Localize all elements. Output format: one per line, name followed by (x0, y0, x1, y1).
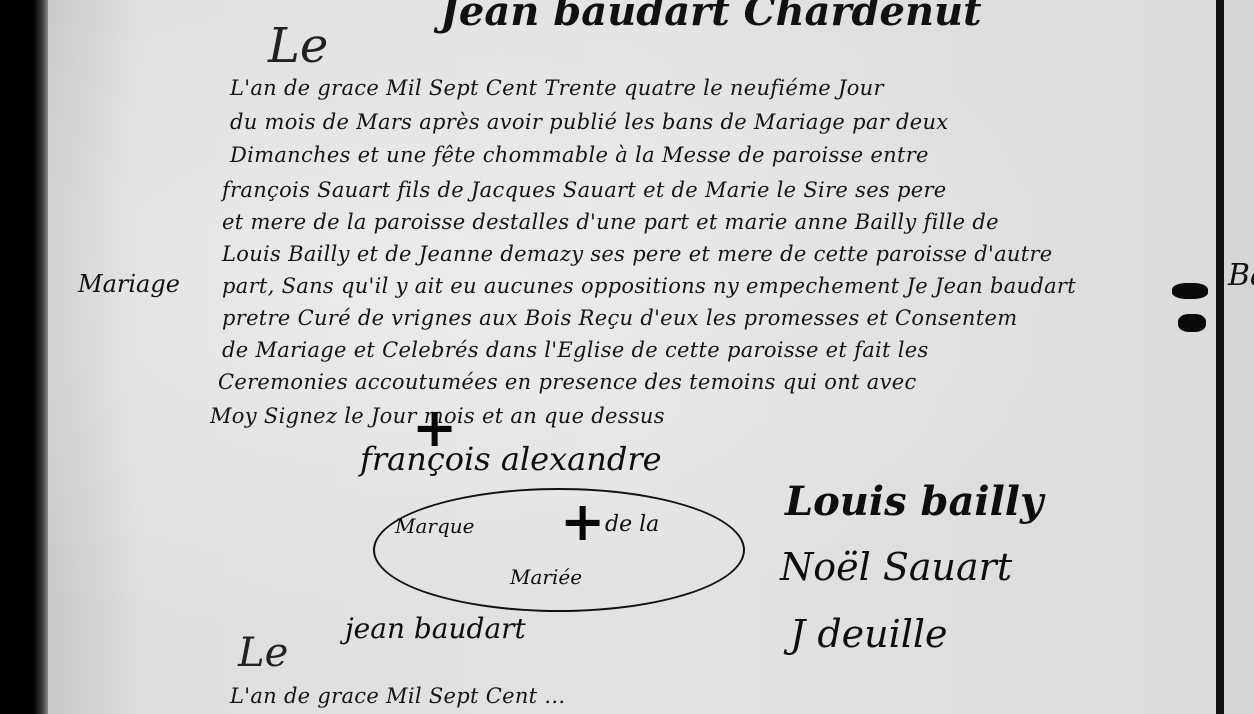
bride-mark-oval (373, 488, 745, 612)
next-entry-marker: Le (238, 630, 288, 676)
bride-mark-label-left: Marque (395, 514, 474, 538)
body-line-1: L'an de grace Mil Sept Cent Trente quatr… (230, 76, 884, 100)
bride-mark-label-bottom: Mariée (510, 565, 582, 589)
body-line-8: pretre Curé de vrignes aux Bois Reçu d'e… (222, 306, 1017, 330)
next-entry-first-line: L'an de grace Mil Sept Cent ... (230, 684, 565, 708)
book-binding-shadow (0, 0, 48, 714)
witness-signature-deuille: J deuille (790, 612, 948, 656)
page-gutter (1216, 0, 1224, 714)
entry-marker: Le (268, 18, 328, 74)
body-line-2: du mois de Mars après avoir publié les b… (230, 110, 948, 134)
body-line-9: de Mariage et Celebrés dans l'Eglise de … (222, 338, 929, 362)
ink-blot (1172, 283, 1208, 299)
groom-signature: françois alexandre (360, 440, 662, 478)
bride-cross-mark: + (560, 494, 605, 548)
facing-page-fragment: Ba (1228, 258, 1254, 293)
body-line-3: Dimanches et une fête chommable à la Mes… (230, 143, 929, 167)
previous-entry-signature: Jean baudart Chardenut (440, 0, 982, 35)
body-line-5: et mere de la paroisse destalles d'une p… (222, 210, 999, 234)
witness-signature-noel-sauart: Noël Sauart (780, 545, 1012, 589)
body-line-7: part, Sans qu'il y ait eu aucunes opposi… (222, 274, 1076, 298)
body-line-10: Ceremonies accoutumées en presence des t… (218, 370, 917, 394)
body-line-4: françois Sauart fils de Jacques Sauart e… (222, 178, 947, 202)
body-line-6: Louis Bailly et de Jeanne demazy ses per… (222, 242, 1053, 266)
facing-page-edge (1224, 0, 1254, 714)
ink-blot (1178, 314, 1206, 332)
bride-mark-label-right: de la (605, 512, 659, 537)
priest-signature: jean baudart (345, 612, 526, 645)
margin-label-mariage: Mariage (78, 270, 180, 298)
witness-signature-louis-bailly: Louis bailly (785, 478, 1043, 525)
